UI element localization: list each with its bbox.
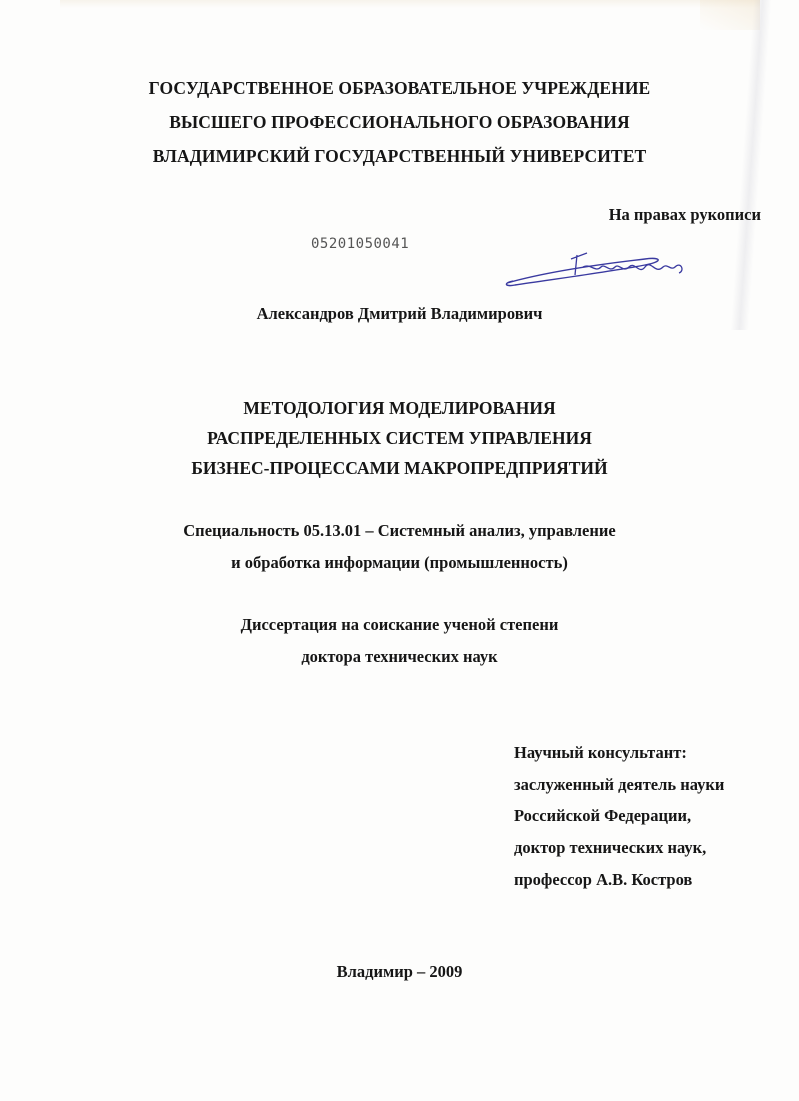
specialty-line-1: Специальность 05.13.01 – Системный анали… xyxy=(0,521,799,541)
city-year: Владимир – 2009 xyxy=(0,962,799,982)
specialty-line-2: и обработка информации (промышленность) xyxy=(0,553,799,573)
signature-icon xyxy=(495,245,700,290)
institution-line-2: ВЫСШЕГО ПРОФЕССИОНАЛЬНОГО ОБРАЗОВАНИЯ xyxy=(0,112,799,133)
institution-line-3: ВЛАДИМИРСКИЙ ГОСУДАРСТВЕННЫЙ УНИВЕРСИТЕТ xyxy=(0,146,799,167)
consultant-name: профессор А.В. Костров xyxy=(514,870,692,890)
degree-line-2: доктора технических наук xyxy=(0,647,799,667)
author-name: Александров Дмитрий Владимирович xyxy=(0,304,799,324)
dissertation-title-page: ГОСУДАРСТВЕННОЕ ОБРАЗОВАТЕЛЬНОЕ УЧРЕЖДЕН… xyxy=(0,0,799,1101)
title-line-2: РАСПРЕДЕЛЕННЫХ СИСТЕМ УПРАВЛЕНИЯ xyxy=(0,428,799,449)
institution-line-1: ГОСУДАРСТВЕННОЕ ОБРАЗОВАТЕЛЬНОЕ УЧРЕЖДЕН… xyxy=(0,78,799,99)
manuscript-note: На правах рукописи xyxy=(609,205,761,225)
consultant-degree: доктор технических наук, xyxy=(514,838,706,858)
degree-line-1: Диссертация на соискание ученой степени xyxy=(0,615,799,635)
consultant-label: Научный консультант: xyxy=(514,743,687,763)
consultant-title-1: заслуженный деятель науки xyxy=(514,775,724,795)
scan-edge-artifact xyxy=(60,0,760,8)
stamp-number: 05201050041 xyxy=(311,236,409,252)
title-line-1: МЕТОДОЛОГИЯ МОДЕЛИРОВАНИЯ xyxy=(0,398,799,419)
consultant-title-2: Российской Федерации, xyxy=(514,806,691,826)
title-line-3: БИЗНЕС-ПРОЦЕССАМИ МАКРОПРЕДПРИЯТИЙ xyxy=(0,458,799,479)
